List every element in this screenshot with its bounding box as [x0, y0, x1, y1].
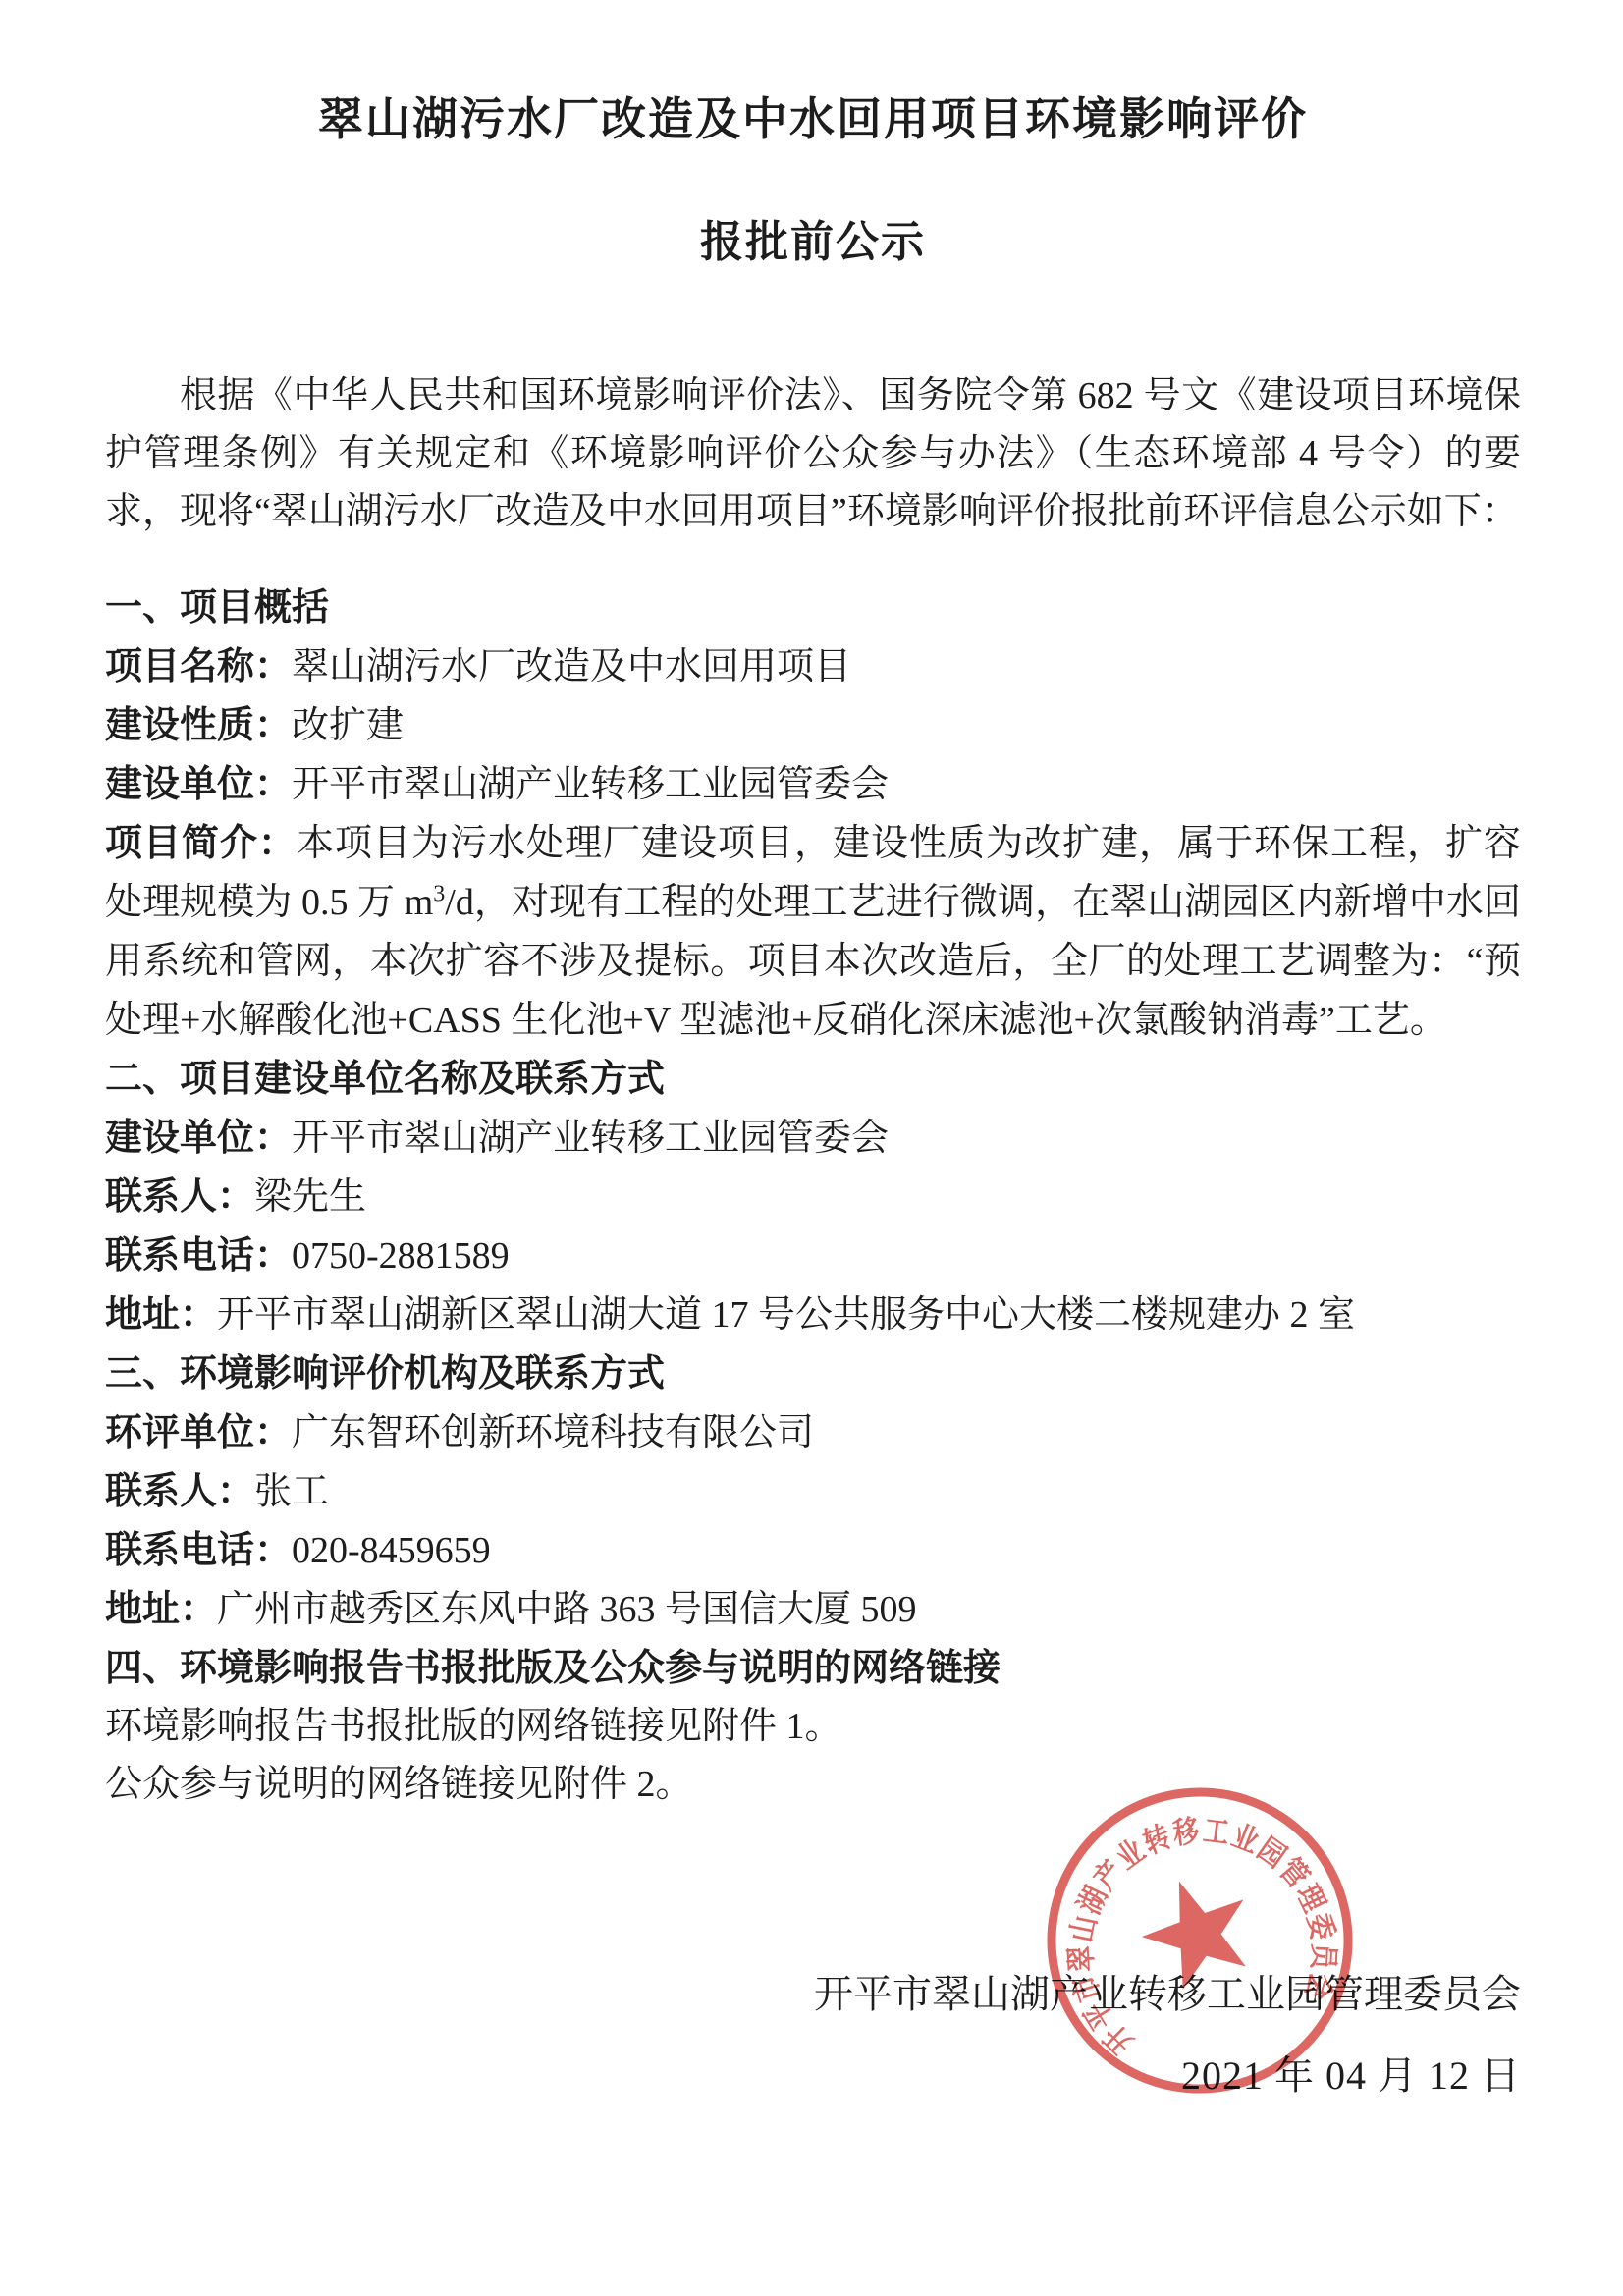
field-row: 环评单位：广东智环创新环境科技有限公司	[105, 1403, 1521, 1462]
field-label: 建设单位：	[105, 764, 292, 805]
section-4: 四、环境影响报告书报批版及公众参与说明的网络链接 环境影响报告书报批版的网络链接…	[105, 1639, 1521, 1814]
section-2: 二、项目建设单位名称及联系方式 建设单位：开平市翠山湖产业转移工业园管委会 联系…	[105, 1050, 1521, 1344]
field-row: 地址：广州市越秀区东风中路 363 号国信大厦 509	[105, 1580, 1521, 1639]
field-label: 联系电话：	[105, 1235, 292, 1277]
superscript-3: 3	[433, 881, 445, 906]
attachment-line-1: 环境影响报告书报批版的网络链接见附件 1。	[105, 1698, 1521, 1756]
intro-paragraph: 根据《中华人民共和国环境影响评价法》、国务院令第 682 号文《建设项目环境保护…	[105, 367, 1521, 541]
field-value: 开平市翠山湖产业转移工业园管委会	[292, 1118, 889, 1159]
field-value: 开平市翠山湖产业转移工业园管委会	[292, 764, 889, 805]
signature-org: 开平市翠山湖产业转移工业园管理委员会	[814, 1970, 1521, 2019]
field-label: 联系电话：	[105, 1530, 292, 1571]
field-value: 翠山湖污水厂改造及中水回用项目	[292, 646, 851, 687]
field-row: 联系人：张工	[105, 1462, 1521, 1521]
field-value: 广东智环创新环境科技有限公司	[292, 1412, 814, 1453]
field-label: 环评单位：	[105, 1412, 292, 1453]
field-label: 地址：	[105, 1589, 217, 1630]
field-row: 项目简介：本项目为污水处理厂建设项目，建设性质为改扩建，属于环保工程，扩容处理规…	[105, 814, 1521, 1050]
field-label: 项目简介：	[105, 823, 297, 864]
field-value: 广州市越秀区东风中路 363 号国信大厦 509	[217, 1589, 917, 1630]
section-1: 一、项目概括 项目名称：翠山湖污水厂改造及中水回用项目 建设性质：改扩建 建设单…	[105, 578, 1521, 1050]
field-label: 联系人：	[105, 1471, 254, 1512]
document-title: 翠山湖污水厂改造及中水回用项目环境影响评价	[105, 94, 1521, 145]
section-3-heading: 三、环境影响评价机构及联系方式	[105, 1344, 1521, 1403]
field-label: 建设性质：	[105, 705, 292, 746]
section-1-heading: 一、项目概括	[105, 578, 1521, 637]
field-row: 联系人：梁先生	[105, 1168, 1521, 1227]
field-row: 联系电话：020-8459659	[105, 1521, 1521, 1580]
document-subtitle: 报批前公示	[105, 206, 1521, 269]
field-value: 0750-2881589	[292, 1235, 510, 1277]
document-page: 翠山湖污水厂改造及中水回用项目环境影响评价 报批前公示 根据《中华人民共和国环境…	[0, 0, 1623, 2296]
signature-block: 开平市翠山湖产业转移工业园管理委员会 2021 年 04 月 12 日	[814, 1970, 1521, 2101]
section-4-heading: 四、环境影响报告书报批版及公众参与说明的网络链接	[105, 1639, 1521, 1698]
field-label: 项目名称：	[105, 646, 292, 687]
field-value: 改扩建	[292, 705, 404, 746]
section-3: 三、环境影响评价机构及联系方式 环评单位：广东智环创新环境科技有限公司 联系人：…	[105, 1344, 1521, 1639]
field-label: 建设单位：	[105, 1118, 292, 1159]
document-content: 翠山湖污水厂改造及中水回用项目环境影响评价 报批前公示 根据《中华人民共和国环境…	[105, 94, 1521, 1814]
field-value: 020-8459659	[292, 1530, 491, 1571]
field-row: 建设单位：开平市翠山湖产业转移工业园管委会	[105, 755, 1521, 814]
field-row: 地址：开平市翠山湖新区翠山湖大道 17 号公共服务中心大楼二楼规建办 2 室	[105, 1285, 1521, 1344]
field-value: 开平市翠山湖新区翠山湖大道 17 号公共服务中心大楼二楼规建办 2 室	[217, 1294, 1355, 1336]
field-row: 建设单位：开平市翠山湖产业转移工业园管委会	[105, 1109, 1521, 1168]
section-2-heading: 二、项目建设单位名称及联系方式	[105, 1050, 1521, 1109]
field-row: 联系电话：0750-2881589	[105, 1227, 1521, 1285]
field-row: 项目名称：翠山湖污水厂改造及中水回用项目	[105, 637, 1521, 696]
field-value: 张工	[254, 1471, 329, 1512]
field-value: 梁先生	[254, 1176, 366, 1218]
signature-date: 2021 年 04 月 12 日	[814, 2051, 1521, 2101]
field-label: 地址：	[105, 1294, 217, 1336]
attachment-line-2: 公众参与说明的网络链接见附件 2。	[105, 1756, 1521, 1814]
field-label: 联系人：	[105, 1176, 254, 1218]
field-row: 建设性质：改扩建	[105, 696, 1521, 755]
